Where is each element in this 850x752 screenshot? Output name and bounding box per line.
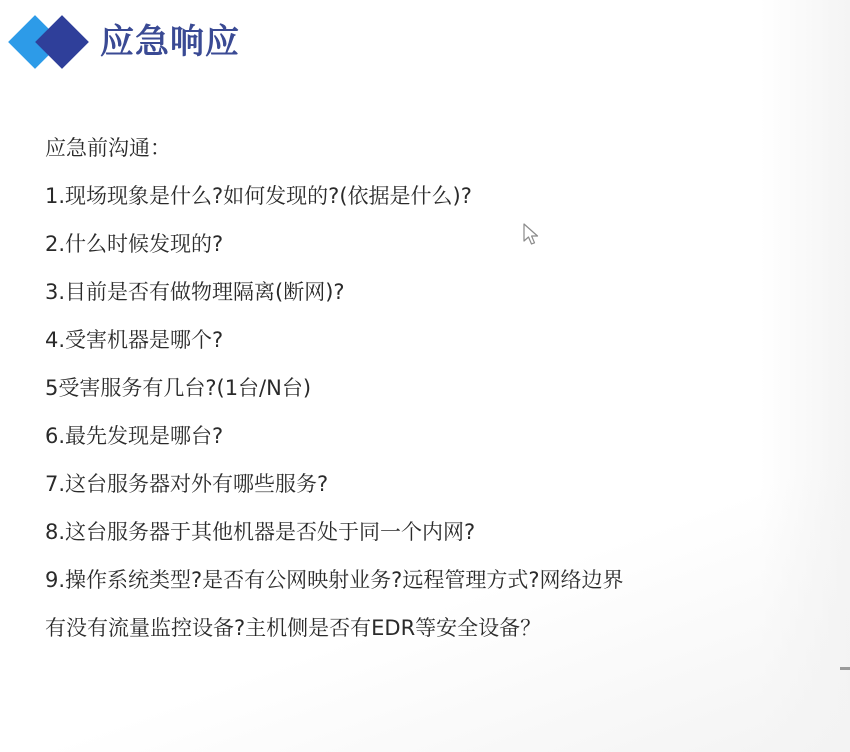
list-item: 8.这台服务器于其他机器是否处于同一个内网?: [45, 508, 825, 556]
list-item: 7.这台服务器对外有哪些服务?: [45, 460, 825, 508]
edge-line-mark: [840, 667, 850, 670]
slide-content: 应急前沟通： 1.现场现象是什么?如何发现的?(依据是什么)? 2.什么时候发现…: [45, 124, 825, 652]
list-item: 6.最先发现是哪台?: [45, 412, 825, 460]
diamond-logo-icon: [8, 14, 92, 70]
list-item: 2.什么时候发现的?: [45, 220, 825, 268]
list-item: 1.现场现象是什么?如何发现的?(依据是什么)?: [45, 172, 825, 220]
list-item: 5受害服务有几台?(1台/N台): [45, 364, 825, 412]
list-item-continuation: 有没有流量监控设备?主机侧是否有EDR等安全设备？: [45, 604, 825, 652]
list-item: 9.操作系统类型?是否有公网映射业务?远程管理方式?网络边界: [45, 556, 825, 604]
list-item: 3.目前是否有做物理隔离(断网)?: [45, 268, 825, 316]
slide-header: 应急响应: [0, 0, 850, 90]
mouse-cursor-icon: [522, 222, 542, 248]
slide-title: 应急响应: [100, 22, 240, 62]
list-item: 4.受害机器是哪个?: [45, 316, 825, 364]
section-heading: 应急前沟通：: [45, 124, 825, 172]
